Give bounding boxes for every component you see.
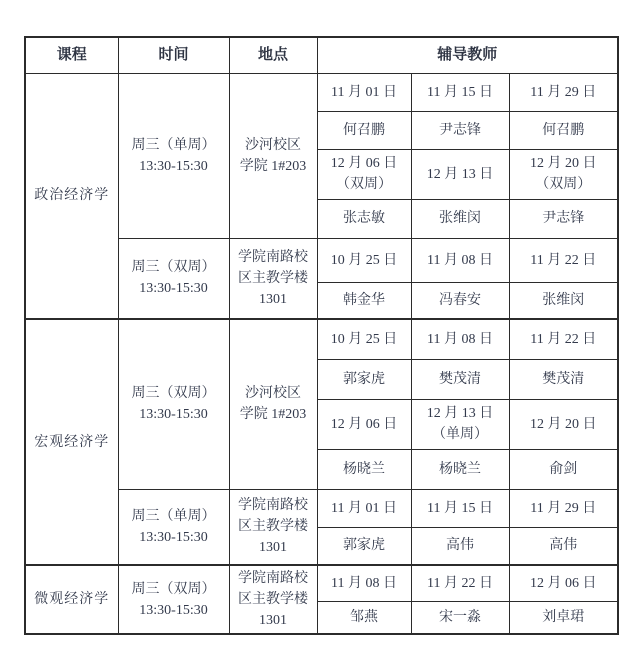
time-cell: 周三（单周） 13:30-15:30 [118,73,229,238]
page: 课程 时间 地点 辅导教师 政治经济学 周三（单周） 13:30-15:30 沙… [0,0,640,668]
teacher-cell: 韩金华 [317,282,411,319]
date-cell: 12 月 06 日 （双周） [317,149,411,199]
teacher-cell: 何召鹏 [317,111,411,149]
location-cell: 沙河校区 学院 1#203 [229,73,317,238]
teacher-cell: 刘卓珺 [509,601,618,634]
date-cell: 10 月 25 日 [317,319,411,359]
teacher-cell: 冯春安 [411,282,509,319]
course-cell: 微观经济学 [25,565,118,634]
header-location: 地点 [229,37,317,73]
header-time: 时间 [118,37,229,73]
teacher-cell: 樊茂清 [411,359,509,399]
date-cell: 12 月 20 日 [509,399,618,449]
date-cell: 11 月 29 日 [509,489,618,527]
teacher-cell: 张志敏 [317,199,411,238]
teacher-cell: 郭家虎 [317,527,411,565]
teacher-cell: 邹燕 [317,601,411,634]
location-cell: 学院南路校 区主教学楼 1301 [229,489,317,565]
time-cell: 周三（单周） 13:30-15:30 [118,489,229,565]
time-cell: 周三（双周） 13:30-15:30 [118,565,229,634]
teacher-cell: 何召鹏 [509,111,618,149]
course-cell: 宏观经济学 [25,319,118,565]
date-cell: 11 月 01 日 [317,73,411,111]
location-cell: 沙河校区 学院 1#203 [229,319,317,489]
date-cell: 12 月 20 日 （双周） [509,149,618,199]
teacher-cell: 樊茂清 [509,359,618,399]
header-course: 课程 [25,37,118,73]
time-cell: 周三（双周） 13:30-15:30 [118,319,229,489]
teacher-cell: 杨晓兰 [411,449,509,489]
time-cell: 周三（双周） 13:30-15:30 [118,238,229,319]
date-cell: 10 月 25 日 [317,238,411,282]
date-cell: 12 月 06 日 [509,565,618,601]
table-row: 政治经济学 周三（单周） 13:30-15:30 沙河校区 学院 1#203 1… [25,73,618,111]
date-cell: 12 月 06 日 [317,399,411,449]
course-cell: 政治经济学 [25,73,118,319]
date-cell: 11 月 15 日 [411,73,509,111]
teacher-cell: 高伟 [509,527,618,565]
location-cell: 学院南路校 区主教学楼 1301 [229,238,317,319]
teacher-cell: 俞剑 [509,449,618,489]
tutoring-schedule-table: 课程 时间 地点 辅导教师 政治经济学 周三（单周） 13:30-15:30 沙… [24,36,619,635]
header-teachers: 辅导教师 [317,37,618,73]
teacher-cell: 高伟 [411,527,509,565]
teacher-cell: 尹志锋 [411,111,509,149]
teacher-cell: 宋一淼 [411,601,509,634]
date-cell: 11 月 08 日 [411,238,509,282]
date-cell: 11 月 08 日 [411,319,509,359]
location-cell: 学院南路校 区主教学楼 1301 [229,565,317,634]
teacher-cell: 张维闵 [509,282,618,319]
teacher-cell: 张维闵 [411,199,509,238]
date-cell: 11 月 29 日 [509,73,618,111]
header-row: 课程 时间 地点 辅导教师 [25,37,618,73]
date-cell: 11 月 08 日 [317,565,411,601]
date-cell: 12 月 13 日 [411,149,509,199]
date-cell: 11 月 22 日 [411,565,509,601]
teacher-cell: 杨晓兰 [317,449,411,489]
date-cell: 11 月 01 日 [317,489,411,527]
teacher-cell: 郭家虎 [317,359,411,399]
date-cell: 12 月 13 日 （单周） [411,399,509,449]
date-cell: 11 月 15 日 [411,489,509,527]
date-cell: 11 月 22 日 [509,238,618,282]
date-cell: 11 月 22 日 [509,319,618,359]
teacher-cell: 尹志锋 [509,199,618,238]
table-row: 宏观经济学 周三（双周） 13:30-15:30 沙河校区 学院 1#203 1… [25,319,618,359]
table-row: 微观经济学 周三（双周） 13:30-15:30 学院南路校 区主教学楼 130… [25,565,618,601]
